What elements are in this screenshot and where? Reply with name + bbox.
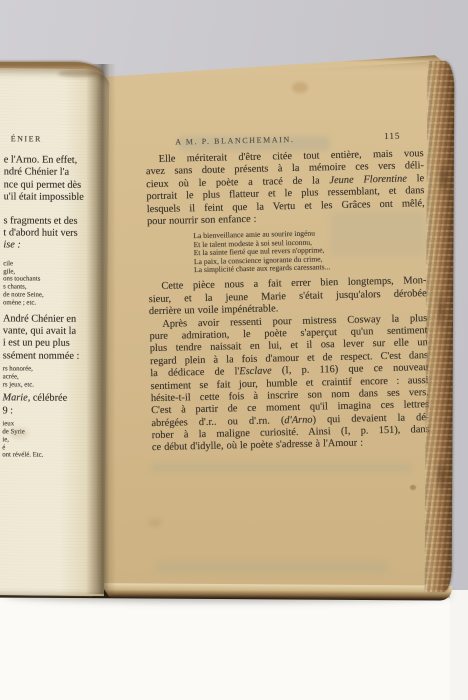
- text-line: acrée,: [3, 373, 89, 381]
- text-line: 9 :: [2, 405, 88, 418]
- right-page: A M. P. BLANCHEMAIN. 115 Elle mériterait…: [97, 58, 449, 600]
- gutter-shadow: [86, 64, 116, 594]
- text-line: e l'Arno. En effet,: [4, 154, 90, 167]
- text-block: La bienveillance amie au sourire ingénuE…: [193, 227, 426, 274]
- text-block: Elle mériterait d'être citée tout entièr…: [146, 148, 426, 228]
- text-line: ont révélé. Etc.: [2, 452, 88, 460]
- text-line: rs jeux, etc.: [3, 381, 89, 389]
- photo-of-open-book: { "photo": { "subject": "open antique bo…: [0, 0, 468, 700]
- text-block: rs honorée,acrée,rs jeux, etc.: [3, 365, 89, 389]
- text-line: vante, qui avait la: [3, 325, 89, 338]
- running-title: A M. P. BLANCHEMAIN.: [175, 135, 294, 147]
- text-block: cilegile,ons touchantss chants,de notre …: [3, 260, 89, 307]
- text-line: u'il était impossible: [4, 192, 90, 205]
- text-line: omène ; etc.: [3, 299, 89, 307]
- table-surface-right: [450, 590, 468, 700]
- left-running-title-fragment: ÉNIER: [11, 134, 42, 143]
- text-line: ndré Chénier l'a: [4, 167, 90, 180]
- text-line: de Syrie: [2, 428, 88, 436]
- text-block: Marie, célébrée9 :: [2, 393, 88, 418]
- text-line: André Chénier en: [3, 313, 89, 326]
- text-line: i est un peu plus: [3, 338, 89, 351]
- page-number: 115: [384, 131, 400, 141]
- text-line: ssément nommée :: [3, 350, 89, 363]
- fore-edge-pages: [425, 61, 455, 592]
- text-line: de notre Seine,: [3, 291, 89, 299]
- text-block: Après avoir ressenti pour mistress Coswa…: [149, 313, 430, 455]
- text-block: Cette pièce nous a fait errer bien longt…: [148, 275, 427, 318]
- text-line: Marie, célébrée: [3, 393, 89, 406]
- table-surface: [0, 598, 468, 700]
- left-page-text: e l'Arno. En effet,ndré Chénier l'ance q…: [2, 154, 90, 460]
- text-block: ieuxde Syrieie,éont révélé. Etc.: [2, 421, 88, 460]
- text-block: s fragments et dest d'abord huit versise…: [3, 215, 89, 253]
- text-line: s fragments et des: [3, 215, 89, 228]
- text-block: André Chénier envante, qui avait lai est…: [3, 313, 89, 363]
- text-line: nce qui permet dès: [4, 179, 90, 192]
- text-line: ise :: [3, 240, 89, 253]
- text-block: e l'Arno. En effet,ndré Chénier l'ance q…: [4, 154, 90, 204]
- text-line: t d'abord huit vers: [3, 227, 89, 240]
- right-page-body: Elle mériterait d'être citée tout entièr…: [146, 148, 430, 455]
- right-page-text: A M. P. BLANCHEMAIN. 115 Elle mériterait…: [90, 52, 454, 602]
